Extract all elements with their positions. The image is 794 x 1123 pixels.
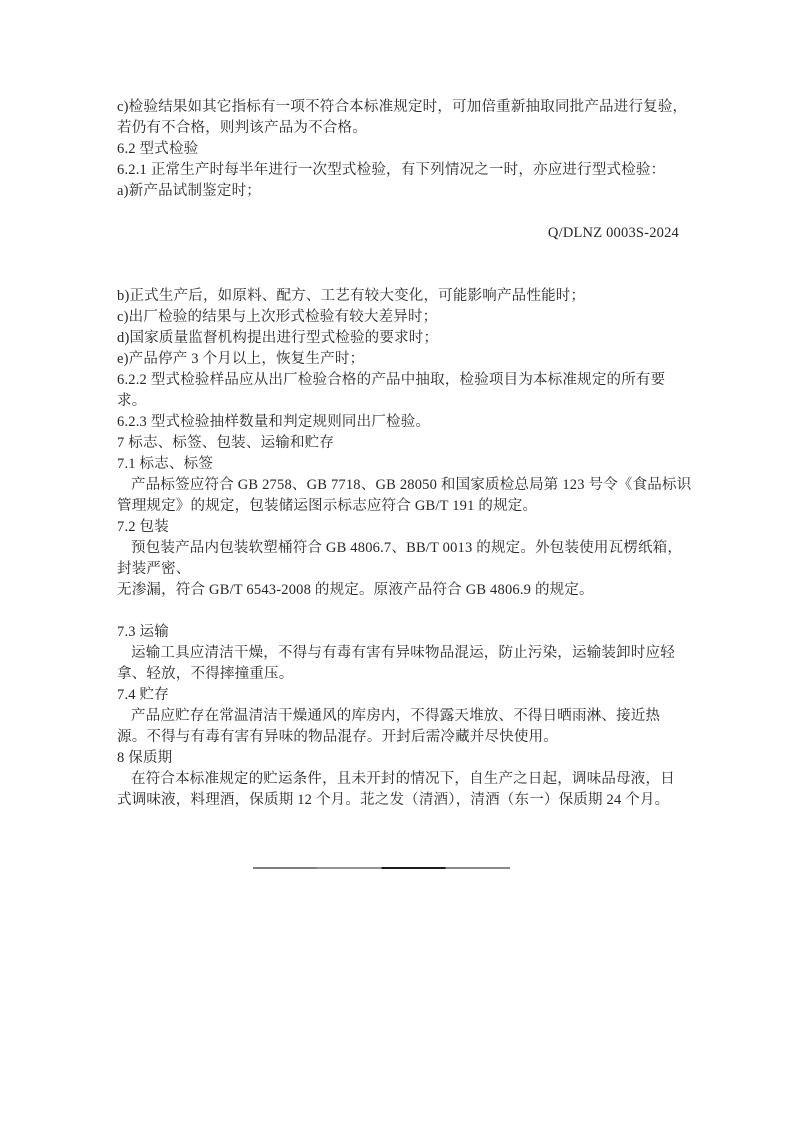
text-line: d)国家质量监督机构提出进行型式检验的要求时； <box>117 328 679 349</box>
text-line: a)新产品试制鉴定时； <box>117 181 679 202</box>
text-line: 6.2.2 型式检验样品应从出厂检验合格的产品中抽取，检验项目为本标准规定的所有… <box>117 370 679 391</box>
text-line: 在符合本标准规定的贮运条件，且未开封的情况下，自生产之日起，调味品母液，日 <box>117 769 679 790</box>
text-line: 产品标签应符合 GB 2758、GB 7718、GB 28050 和国家质检总局… <box>117 475 679 496</box>
text-line: e)产品停产 3 个月以上，恢复生产时； <box>117 349 679 370</box>
blank-line <box>117 601 679 622</box>
text-line: 预包装产品内包装软塑桶符合 GB 4806.7、BB/T 0013 的规定。外包… <box>117 538 679 559</box>
text-line: 运输工具应清洁干燥，不得与有毒有害有异味物品混运，防止污染，运输装卸时应轻 <box>117 643 679 664</box>
text-line: 若仍有不合格，则判该产品为不合格。 <box>117 118 679 139</box>
blank-line <box>117 244 679 265</box>
heading-7-4: 7.4 贮存 <box>117 685 679 706</box>
text-line: 源。不得与有毒有害有异味的物品混存。开封后需冷藏并尽快使用。 <box>117 727 679 748</box>
blank-line <box>117 202 679 223</box>
text-line: c)检验结果如其它指标有一项不符合本标准规定时，可加倍重新抽取同批产品进行复验， <box>117 97 679 118</box>
text-line: 6.2.3 型式检验抽样数量和判定规则同出厂检验。 <box>117 412 679 433</box>
standard-number: Q/DLNZ 0003S-2024 <box>117 223 679 244</box>
text-line: 无渗漏，符合 GB/T 6543-2008 的规定。原液产品符合 GB 4806… <box>117 580 679 601</box>
heading-7-1: 7.1 标志、标签 <box>117 454 679 475</box>
heading-6-2: 6.2 型式检验 <box>117 139 679 160</box>
divider-line <box>253 867 510 869</box>
document-body: c)检验结果如其它指标有一项不符合本标准规定时，可加倍重新抽取同批产品进行复验，… <box>117 97 679 811</box>
text-line: 管理规定》的规定，包装储运图示标志应符合 GB/T 191 的规定。 <box>117 496 679 517</box>
heading-8: 8 保质期 <box>117 748 679 769</box>
heading-7-2: 7.2 包装 <box>117 517 679 538</box>
text-line: b)正式生产后，如原料、配方、工艺有较大变化，可能影响产品性能时； <box>117 286 679 307</box>
heading-7: 7 标志、标签、包装、运输和贮存 <box>117 433 679 454</box>
heading-7-3: 7.3 运输 <box>117 622 679 643</box>
text-line: 拿、轻放，不得摔撞重压。 <box>117 664 679 685</box>
document-page: c)检验结果如其它指标有一项不符合本标准规定时，可加倍重新抽取同批产品进行复验，… <box>0 0 794 1123</box>
blank-line <box>117 265 679 286</box>
text-line: 式调味液，料理酒，保质期 12 个月。苝之发（清酒），清酒（东一）保质期 24 … <box>117 790 679 811</box>
text-line: 6.2.1 正常生产时每半年进行一次型式检验，有下列情况之一时，亦应进行型式检验… <box>117 160 679 181</box>
text-line: 求。 <box>117 391 679 412</box>
text-line: 产品应贮存在常温清洁干燥通风的库房内，不得露天堆放、不得日晒雨淋、接近热 <box>117 706 679 727</box>
text-line: c)出厂检验的结果与上次形式检验有较大差异时； <box>117 307 679 328</box>
text-line: 封装严密、 <box>117 559 679 580</box>
